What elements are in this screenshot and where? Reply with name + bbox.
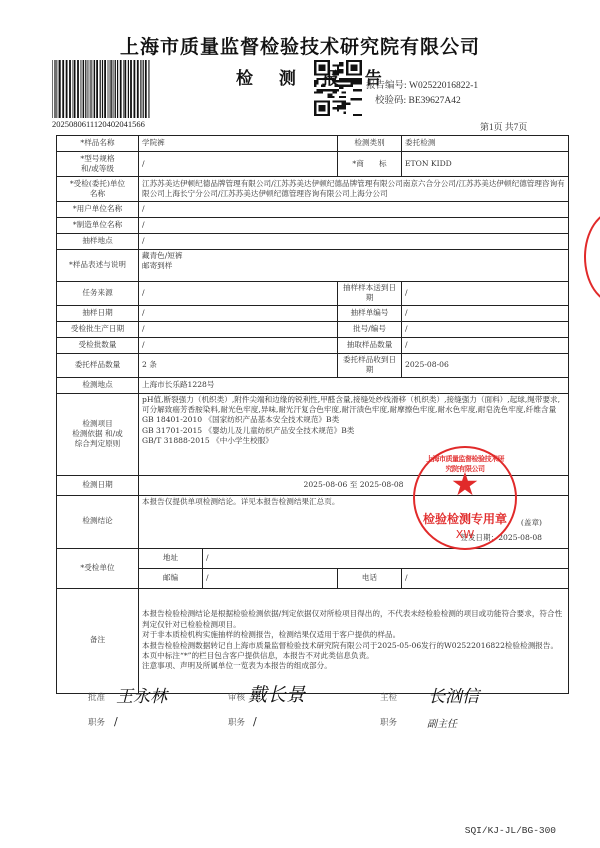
table-row: *受检(委托)单位 名称 江苏苏美达伊顿纪德品牌管理有限公司/江苏苏美达伊顿纪德…: [57, 177, 569, 202]
sampling-no-label: 抽样单编号: [338, 305, 402, 321]
received-date-label: 委托样品收到日期: [338, 353, 402, 377]
drawn-qty-label: 抽取样品数量: [338, 337, 402, 353]
review-title-label: 职务: [228, 716, 245, 728]
sample-name-label: *样品名称: [57, 136, 139, 152]
sample-arrival-value: /: [402, 282, 569, 306]
table-row: 抽样地点 /: [57, 234, 569, 250]
user-unit-label: *用户单位名称: [57, 202, 139, 218]
sampling-place-label: 抽样地点: [57, 234, 139, 250]
batch-qty-label: 受检批数量: [57, 337, 139, 353]
conclusion-text: 本报告仅提供单项检测结论。详见本报告检测结果汇总页。: [142, 497, 565, 507]
test-place-value: 上海市长乐路1228号: [139, 377, 569, 393]
postcode-value: /: [203, 568, 338, 588]
table-row: 受检批生产日期 / 批号/编号 /: [57, 321, 569, 337]
client-value: 江苏苏美达伊顿纪德品牌管理有限公司/江苏苏美达伊顿纪德品牌管理有限公司南京六合分…: [139, 177, 569, 202]
table-row: 委托样品数量 2 条 委托样品收到日期 2025-08-06: [57, 353, 569, 377]
test-items-value: pH值,断裂强力（机织类）,附件尖端和边缘的锐利性,甲醛含量,接缝处纱线滑移（机…: [139, 393, 569, 475]
drawn-qty-value: /: [402, 337, 569, 353]
sample-desc-label: *样品表述与说明: [57, 250, 139, 282]
remarks-value: 本报告检验检测结论是根据检验检测依据/判定依据仅对所检项目得出的，不代表未经检验…: [139, 588, 569, 693]
table-row: 备注 本报告检验检测结论是根据检验检测依据/判定依据仅对所检项目得出的，不代表未…: [57, 588, 569, 693]
test-date-label: 检测日期: [57, 475, 139, 495]
table-row: *用户单位名称 /: [57, 202, 569, 218]
table-row: *型号规格 和/或等级 / *商 标 ETON KIDD: [57, 152, 569, 177]
table-row: *样品名称 学院裤 检测类别 委托检测: [57, 136, 569, 152]
entrusted-qty-label: 委托样品数量: [57, 353, 139, 377]
review-label: 审核: [228, 691, 245, 703]
remarks-label: 备注: [57, 588, 139, 693]
form-code: SQI/KJ-JL/BG-300: [465, 825, 556, 836]
report-number: 报告编号: W02522016822-1: [366, 77, 478, 91]
page-edge-seal: [584, 210, 600, 304]
table-row: *受检单位 地址 /: [57, 548, 569, 568]
entrusted-qty-value: 2 条: [139, 353, 338, 377]
batch-no-label: 批号/编号: [338, 321, 402, 337]
approve-label: 批准: [88, 691, 105, 703]
barcode-icon: [52, 60, 150, 118]
approve-signature: 王永林: [116, 682, 167, 707]
test-type-value: 委托检测: [402, 136, 569, 152]
organization-title: 上海市质量监督检验技术研究院有限公司: [0, 32, 600, 59]
client-label: *受检(委托)单位 名称: [57, 177, 139, 202]
batch-qty-value: /: [139, 337, 338, 353]
conclusion-cell: 本报告仅提供单项检测结论。详见本报告检测结果汇总页。 (盖章) 签发日期：202…: [139, 495, 569, 548]
sampling-date-value: /: [139, 305, 338, 321]
table-row: *制造单位名称 /: [57, 218, 569, 234]
seal-note: (盖章): [521, 518, 542, 528]
inspected-unit-label: *受检单位: [57, 548, 139, 588]
brand-value: ETON KIDD: [402, 152, 569, 177]
inspector-signature: 长汹信: [428, 682, 479, 707]
model-value: /: [139, 152, 338, 177]
address-label: 地址: [139, 548, 203, 568]
inspector-title: 副主任: [427, 715, 457, 730]
address-value: /: [203, 548, 569, 568]
table-row: 抽样日期 / 抽样单编号 /: [57, 305, 569, 321]
prod-date-value: /: [139, 321, 338, 337]
test-items-label: 检测项目 检测依据 和/或 综合判定原则: [57, 393, 139, 475]
barcode-number: 20250806111204020415​66: [52, 119, 145, 129]
sample-name-value: 学院裤: [139, 136, 338, 152]
conclusion-label: 检测结论: [57, 495, 139, 548]
manufacturer-label: *制造单位名称: [57, 218, 139, 234]
manufacturer-value: /: [139, 218, 569, 234]
sample-desc-value: 藏青色/短裤 邮寄到样: [139, 250, 569, 282]
brand-label: *商 标: [338, 152, 402, 177]
task-source-value: /: [139, 282, 338, 306]
check-code: 校验码: BE39627A42: [375, 92, 461, 106]
issue-date: 签发日期：2025-08-08: [460, 533, 542, 543]
model-label: *型号规格 和/或等级: [57, 152, 139, 177]
sampling-no-value: /: [402, 305, 569, 321]
report-table: *样品名称 学院裤 检测类别 委托检测 *型号规格 和/或等级 / *商 标 E…: [56, 135, 569, 694]
phone-label: 电话: [338, 568, 402, 588]
task-source-label: 任务来源: [57, 282, 139, 306]
table-row: 检测项目 检测依据 和/或 综合判定原则 pH值,断裂强力（机织类）,附件尖端和…: [57, 393, 569, 475]
table-row: 检测日期 2025-08-06 至 2025-08-08: [57, 475, 569, 495]
test-place-label: 检测地点: [57, 377, 139, 393]
sample-arrival-label: 抽样样本送到日期: [338, 282, 402, 306]
received-date-value: 2025-08-06: [402, 353, 569, 377]
table-row: *样品表述与说明 藏青色/短裤 邮寄到样: [57, 250, 569, 282]
table-row: 任务来源 / 抽样样本送到日期 /: [57, 282, 569, 306]
review-title: /: [253, 715, 257, 728]
test-date-value: 2025-08-06 至 2025-08-08: [139, 475, 569, 495]
batch-no-value: /: [402, 321, 569, 337]
inspector-title-label: 职务: [380, 716, 397, 728]
test-type-label: 检测类别: [338, 136, 402, 152]
review-signature: 戴长景: [248, 680, 305, 707]
user-unit-value: /: [139, 202, 569, 218]
sampling-place-value: /: [139, 234, 569, 250]
sampling-date-label: 抽样日期: [57, 305, 139, 321]
postcode-label: 邮编: [139, 568, 203, 588]
approve-title-label: 职务: [88, 716, 105, 728]
table-row: 检测结论 本报告仅提供单项检测结论。详见本报告检测结果汇总页。 (盖章) 签发日…: [57, 495, 569, 548]
table-row: 检测地点 上海市长乐路1228号: [57, 377, 569, 393]
prod-date-label: 受检批生产日期: [57, 321, 139, 337]
approve-title: /: [114, 715, 118, 728]
phone-value: /: [402, 568, 569, 588]
page-indicator: 第1页 共7页: [480, 120, 527, 133]
qr-code-icon: [314, 60, 362, 116]
table-row: 受检批数量 / 抽取样品数量 /: [57, 337, 569, 353]
inspector-label: 主检: [380, 691, 397, 703]
